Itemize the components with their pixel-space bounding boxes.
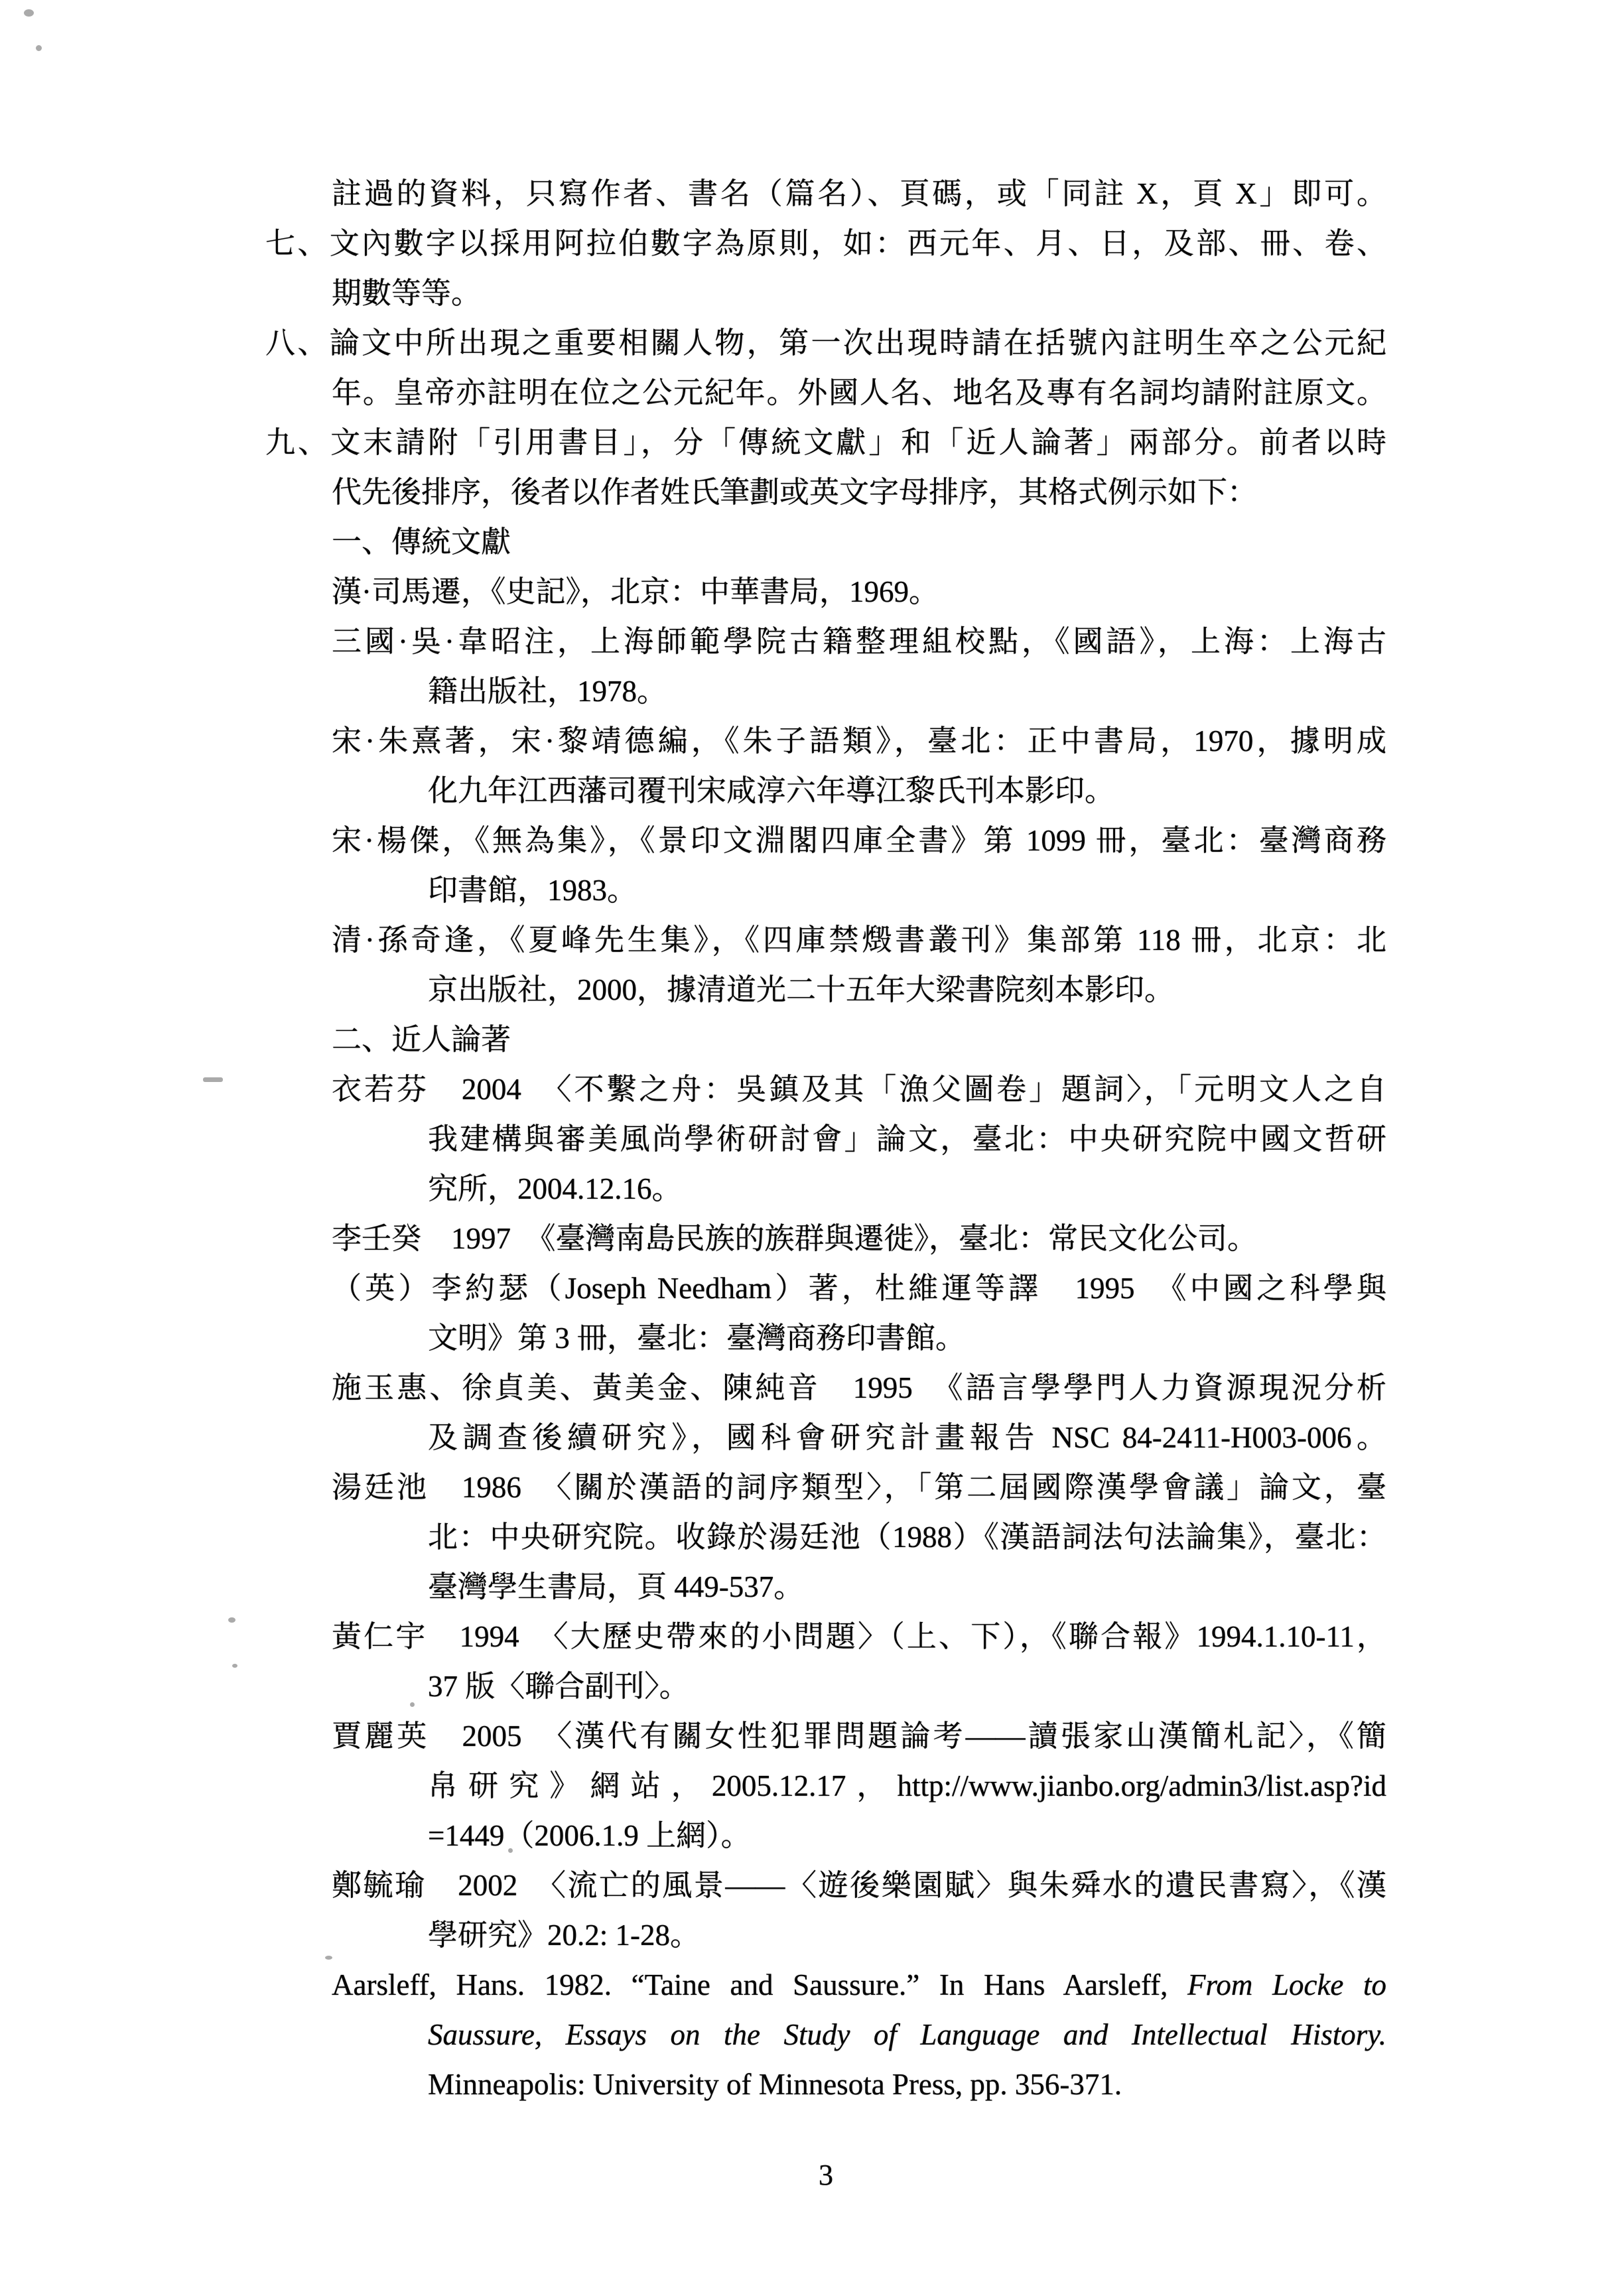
bib-entry-needham: （英）李約瑟（Joseph Needham）著，杜維運等譯 1995 《中國之科… [332, 1264, 1386, 1314]
guideline-6-continuation: 註過的資料，只寫作者、書名（篇名）、頁碼，或「同註 X，頁 X」即可。 [332, 169, 1386, 219]
bib-entry-jialiying-cont2: =1449（2006.1.9 上網）。 [428, 1811, 1386, 1861]
section-heading-modern-works: 二、近人論著 [332, 1015, 1386, 1065]
scan-speckle [228, 1617, 235, 1623]
document-page: 註過的資料，只寫作者、書名（篇名）、頁碼，或「同註 X，頁 X」即可。 七、文內… [0, 0, 1608, 2296]
bib-entry-guoyu-cont: 籍出版社，1978。 [428, 667, 1386, 716]
bib-entry-tangtingchi: 湯廷池 1986 〈關於漢語的詞序類型〉，「第二屆國際漢學會議」論文，臺 [332, 1463, 1386, 1513]
guideline-9-continuation: 代先後排序，後者以作者姓氏筆劃或英文字母排序，其格式例示如下： [332, 468, 1386, 517]
guideline-8-continuation: 年。皇帝亦註明在位之公元紀年。外國人名、地名及專有名詞均請附註原文。 [332, 368, 1386, 418]
bib-entry-zhengyuyu: 鄭毓瑜 2002 〈流亡的風景——〈遊後樂園賦〉與朱舜水的遺民書寫〉，《漢 [332, 1861, 1386, 1911]
scan-speckle [410, 1702, 415, 1707]
bib-entry-needham-cont: 文明》第 3 冊，臺北：臺灣商務印書館。 [428, 1314, 1386, 1363]
scan-speckle [203, 1077, 223, 1082]
bib-entry-huangrenyu-cont: 37 版〈聯合副刊〉。 [428, 1662, 1386, 1712]
page-number: 3 [265, 2152, 1386, 2198]
section-heading-traditional-sources: 一、傳統文獻 [332, 517, 1386, 567]
aarsleff-italic-title-start: From Locke to [1187, 1968, 1386, 2001]
bib-entry-shiji: 漢·司馬遷，《史記》，北京：中華書局，1969。 [332, 567, 1386, 617]
scan-speckle [232, 1664, 237, 1668]
bib-entry-zhuzi-yulei-cont: 化九年江西藩司覆刊宋咸淳六年導江黎氏刊本影印。 [428, 766, 1386, 816]
bib-entry-yiruofen-cont1: 我建構與審美風尚學術研討會」論文，臺北：中央研究院中國文哲研 [428, 1114, 1386, 1164]
scan-speckle [36, 45, 42, 51]
bib-entry-huangrenyu: 黃仁宇 1994 〈大歷史帶來的小問題〉（上、下），《聯合報》1994.1.10… [332, 1612, 1386, 1662]
bib-entry-xiafeng: 清·孫奇逢，《夏峰先生集》，《四庫禁燬書叢刊》集部第 118 冊，北京：北 [332, 915, 1386, 965]
bib-entry-yiruofen-cont2: 究所，2004.12.16。 [428, 1164, 1386, 1214]
bib-entry-wuweiji: 宋·楊傑，《無為集》，《景印文淵閣四庫全書》第 1099 冊，臺北：臺灣商務 [332, 816, 1386, 866]
scan-speckle [508, 1848, 513, 1853]
bib-entry-guoyu: 三國·吳·韋昭注，上海師範學院古籍整理組校點，《國語》，上海：上海古 [332, 617, 1386, 667]
bib-entry-tangtingchi-cont2: 臺灣學生書局，頁 449-537。 [428, 1562, 1386, 1612]
aarsleff-roman-text: Aarsleff, Hans. 1982. “Taine and Saussur… [332, 1968, 1187, 2001]
guideline-7-continuation: 期數等等。 [332, 269, 1386, 318]
bib-entry-aarsleff: Aarsleff, Hans. 1982. “Taine and Saussur… [332, 1960, 1386, 2010]
bib-entry-tangtingchi-cont1: 北：中央研究院。收錄於湯廷池（1988）《漢語詞法句法論集》，臺北： [428, 1513, 1386, 1562]
bib-entry-jialiying: 賈麗英 2005 〈漢代有關女性犯罪問題論考——讀張家山漢簡札記〉，《簡 [332, 1712, 1386, 1761]
bib-entry-xiafeng-cont: 京出版社，2000，據清道光二十五年大梁書院刻本影印。 [428, 965, 1386, 1015]
bib-entry-shiyuhui: 施玉惠、徐貞美、黃美金、陳純音 1995 《語言學學門人力資源現況分析 [332, 1363, 1386, 1413]
scan-speckle [24, 9, 34, 17]
bib-entry-zhuzi-yulei: 宋·朱熹著，宋·黎靖德編，《朱子語類》，臺北：正中書局，1970，據明成 [332, 716, 1386, 766]
bib-entry-wuweiji-cont: 印書館，1983。 [428, 866, 1386, 915]
bib-entry-yiruofen: 衣若芬 2004 〈不繫之舟：吳鎮及其「漁父圖卷」題詞〉，「元明文人之自 [332, 1065, 1386, 1114]
guideline-9: 九、文末請附「引用書目」，分「傳統文獻」和「近人論著」兩部分。前者以時 [265, 418, 1386, 468]
bib-entry-lirengui: 李壬癸 1997 《臺灣南島民族的族群與遷徙》，臺北：常民文化公司。 [332, 1214, 1386, 1264]
bib-entry-aarsleff-cont1: Saussure, Essays on the Study of Languag… [428, 2010, 1386, 2060]
guideline-7: 七、文內數字以採用阿拉伯數字為原則，如：西元年、月、日，及部、冊、卷、 [265, 219, 1386, 269]
scan-speckle [325, 1956, 332, 1960]
bib-entry-shiyuhui-cont: 及調查後續研究》，國科會研究計畫報告 NSC 84-2411-H003-006。 [428, 1413, 1386, 1463]
bib-entry-aarsleff-cont2: Minneapolis: University of Minnesota Pre… [428, 2060, 1386, 2110]
bib-entry-zhengyuyu-cont: 學研究》20.2: 1-28。 [428, 1911, 1386, 1960]
bib-entry-jialiying-cont1: 帛研究》網站，2005.12.17，http://www.jianbo.org/… [428, 1761, 1386, 1811]
guideline-8: 八、論文中所出現之重要相關人物，第一次出現時請在括號內註明生卒之公元紀 [265, 318, 1386, 368]
